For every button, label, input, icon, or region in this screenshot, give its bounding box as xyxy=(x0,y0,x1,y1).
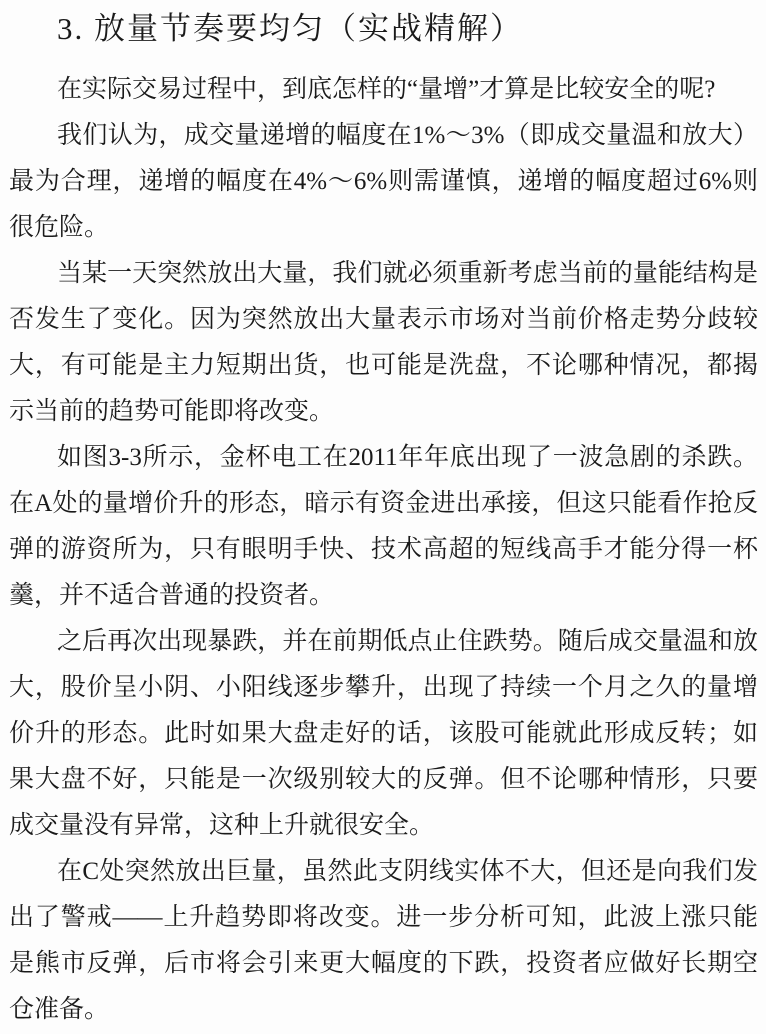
paragraph-rebound-analysis: 之后再次出现暴跌，并在前期低点止住跌势。随后成交量温和放大，股价呈小阴、小阳线逐… xyxy=(9,619,758,849)
paragraph-point-c-warning: 在C处突然放出巨量，虽然此支阴线实体不大，但还是向我们发出了警戒——上升趋势即将… xyxy=(9,849,758,1033)
paragraph-figure-3-3-point-a: 如图3-3所示，金杯电工在2011年年底出现了一波急剧的杀跌。在A处的量增价升的… xyxy=(9,435,758,619)
paragraph-sudden-large-volume: 当某一天突然放出大量，我们就必须重新考虑当前的量能结构是否发生了变化。因为突然放… xyxy=(9,251,758,435)
section-heading: 3. 放量节奏要均匀（实战精解） xyxy=(57,7,758,51)
paragraph-intro-question: 在实际交易过程中，到底怎样的“量增”才算是比较安全的呢? xyxy=(9,67,758,113)
book-page: 3. 放量节奏要均匀（实战精解） 在实际交易过程中，到底怎样的“量增”才算是比较… xyxy=(0,0,766,1034)
paragraph-volume-increase-ranges: 我们认为，成交量递增的幅度在1%～3%（即成交量温和放大）最为合理，递增的幅度在… xyxy=(9,113,758,251)
section-body: 在实际交易过程中，到底怎样的“量增”才算是比较安全的呢? 我们认为，成交量递增的… xyxy=(9,67,758,1033)
